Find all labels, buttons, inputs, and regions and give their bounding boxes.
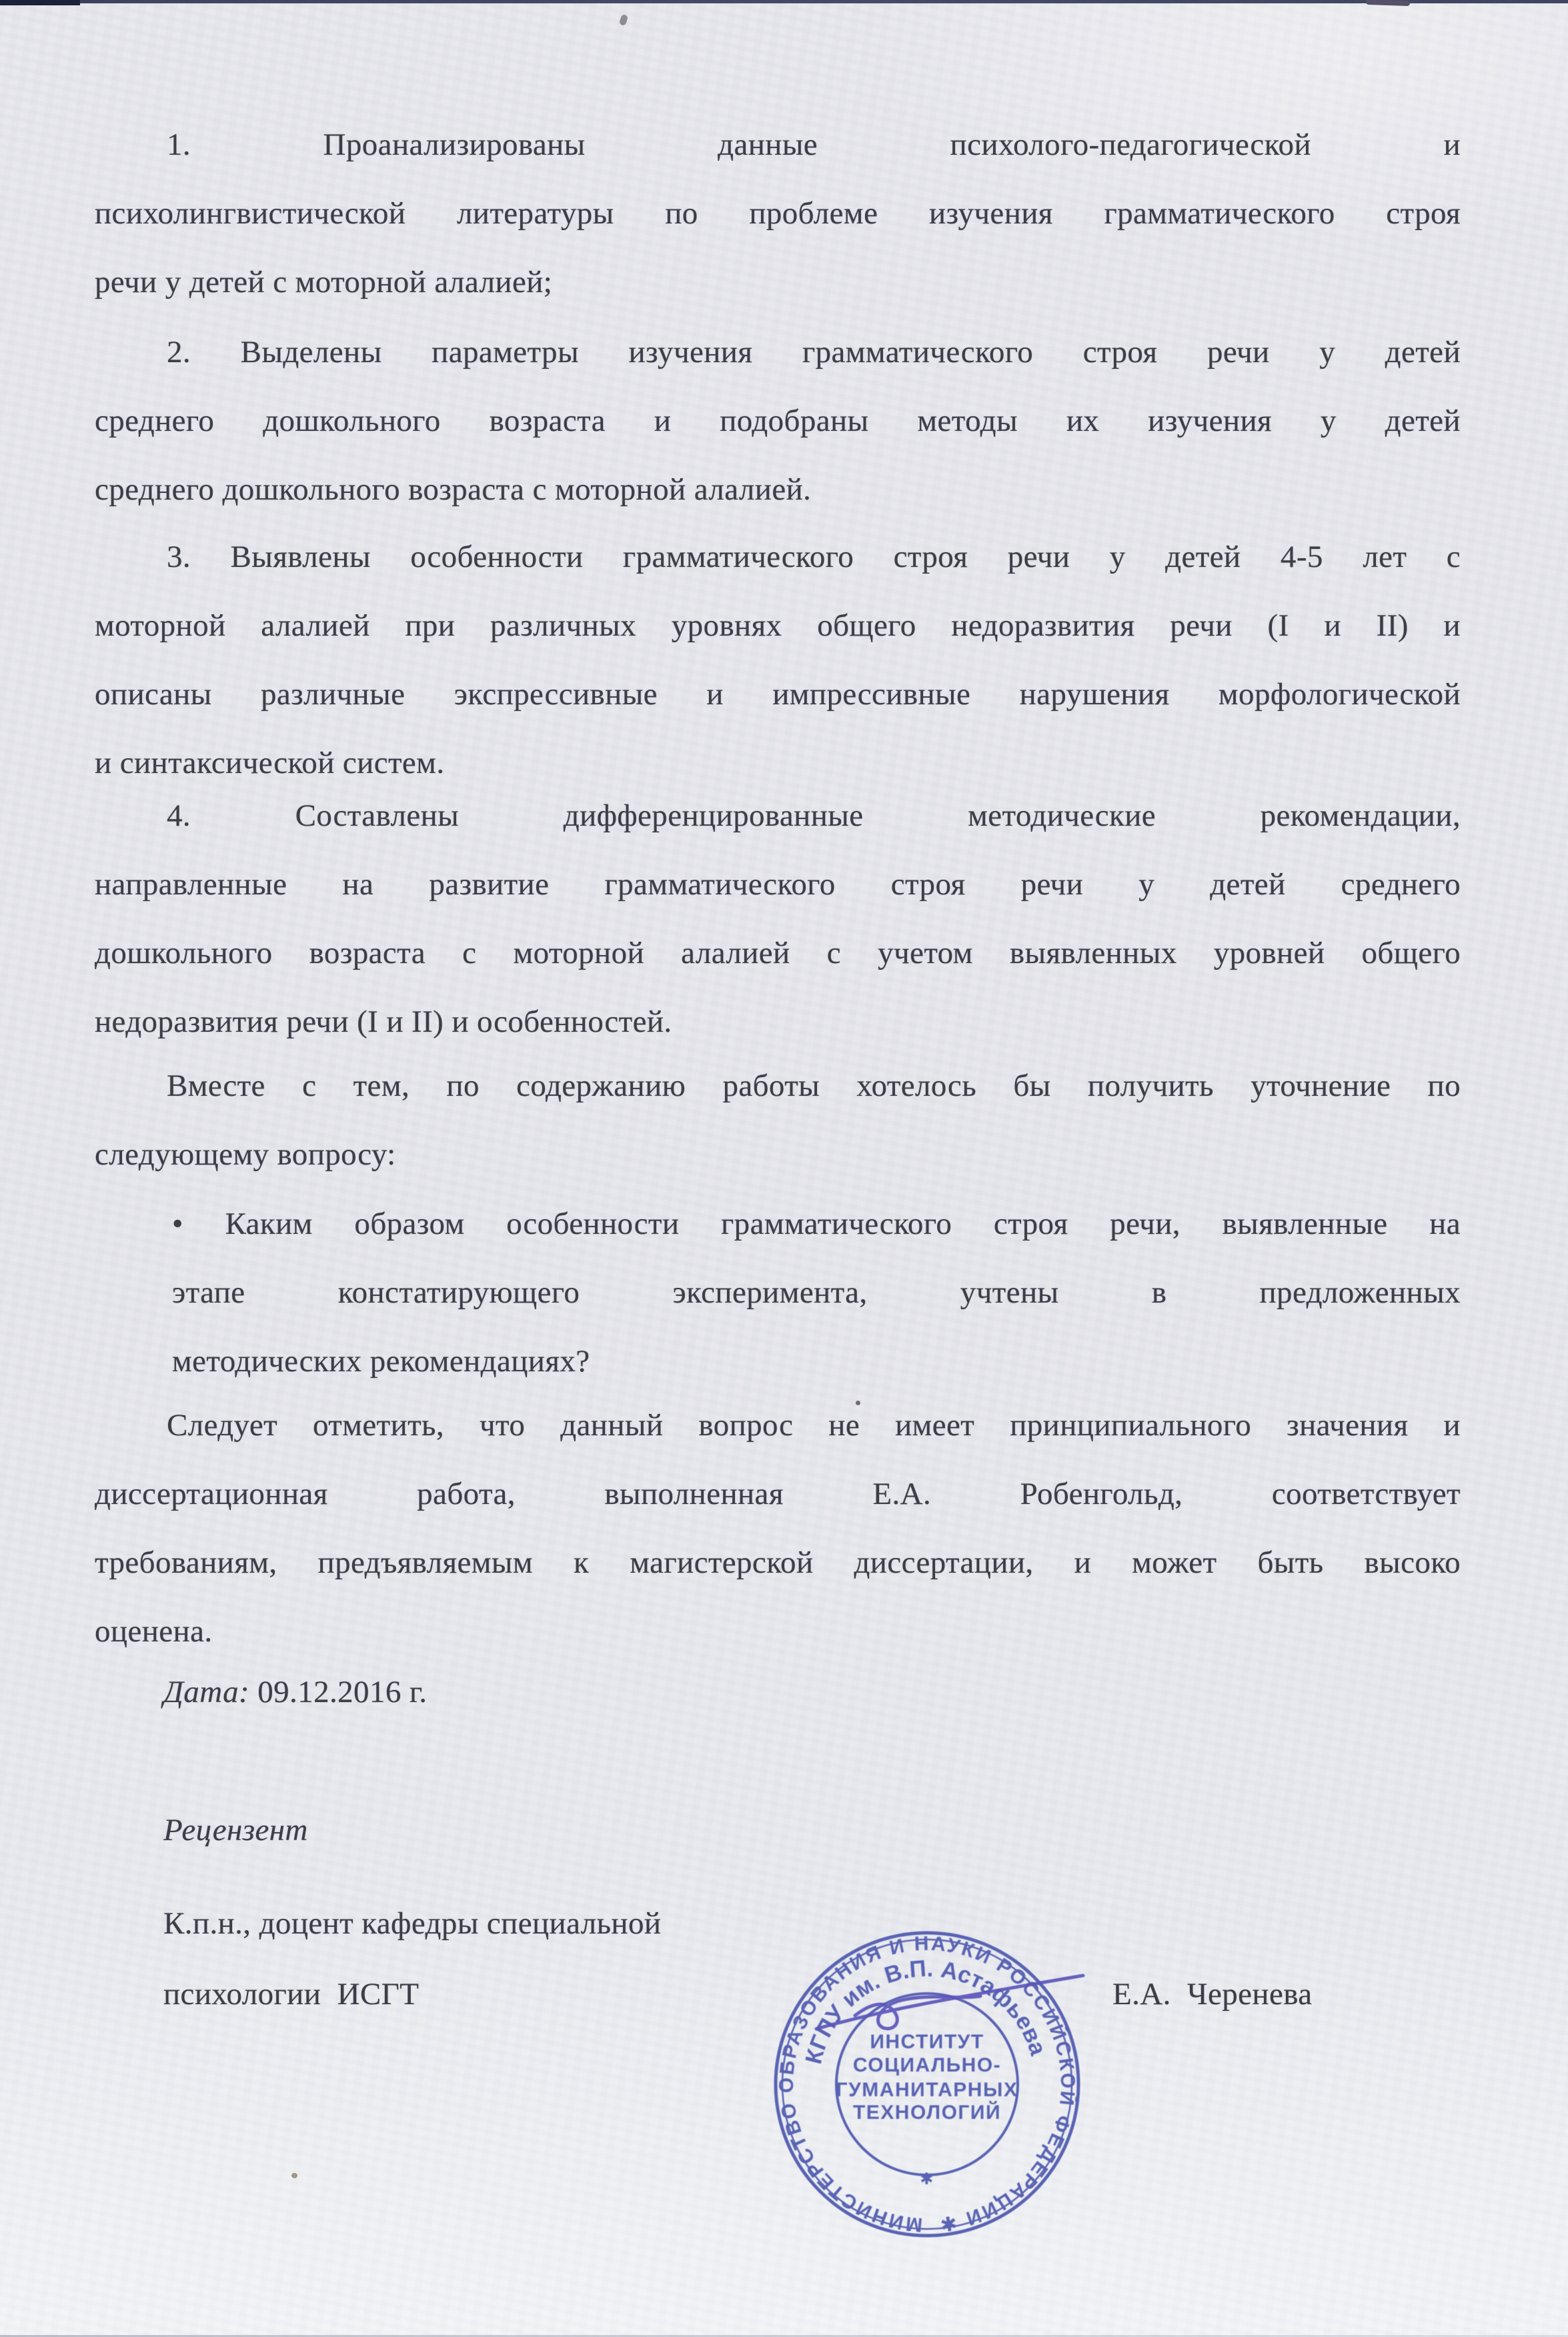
- signature-stroke-main: [816, 1976, 1083, 2029]
- signature-stroke-flourish: [855, 1996, 980, 2029]
- handwritten-signature: [0, 0, 1568, 2337]
- scanned-review-page: { "page": { "width": 2351, "height": 350…: [0, 0, 1568, 2337]
